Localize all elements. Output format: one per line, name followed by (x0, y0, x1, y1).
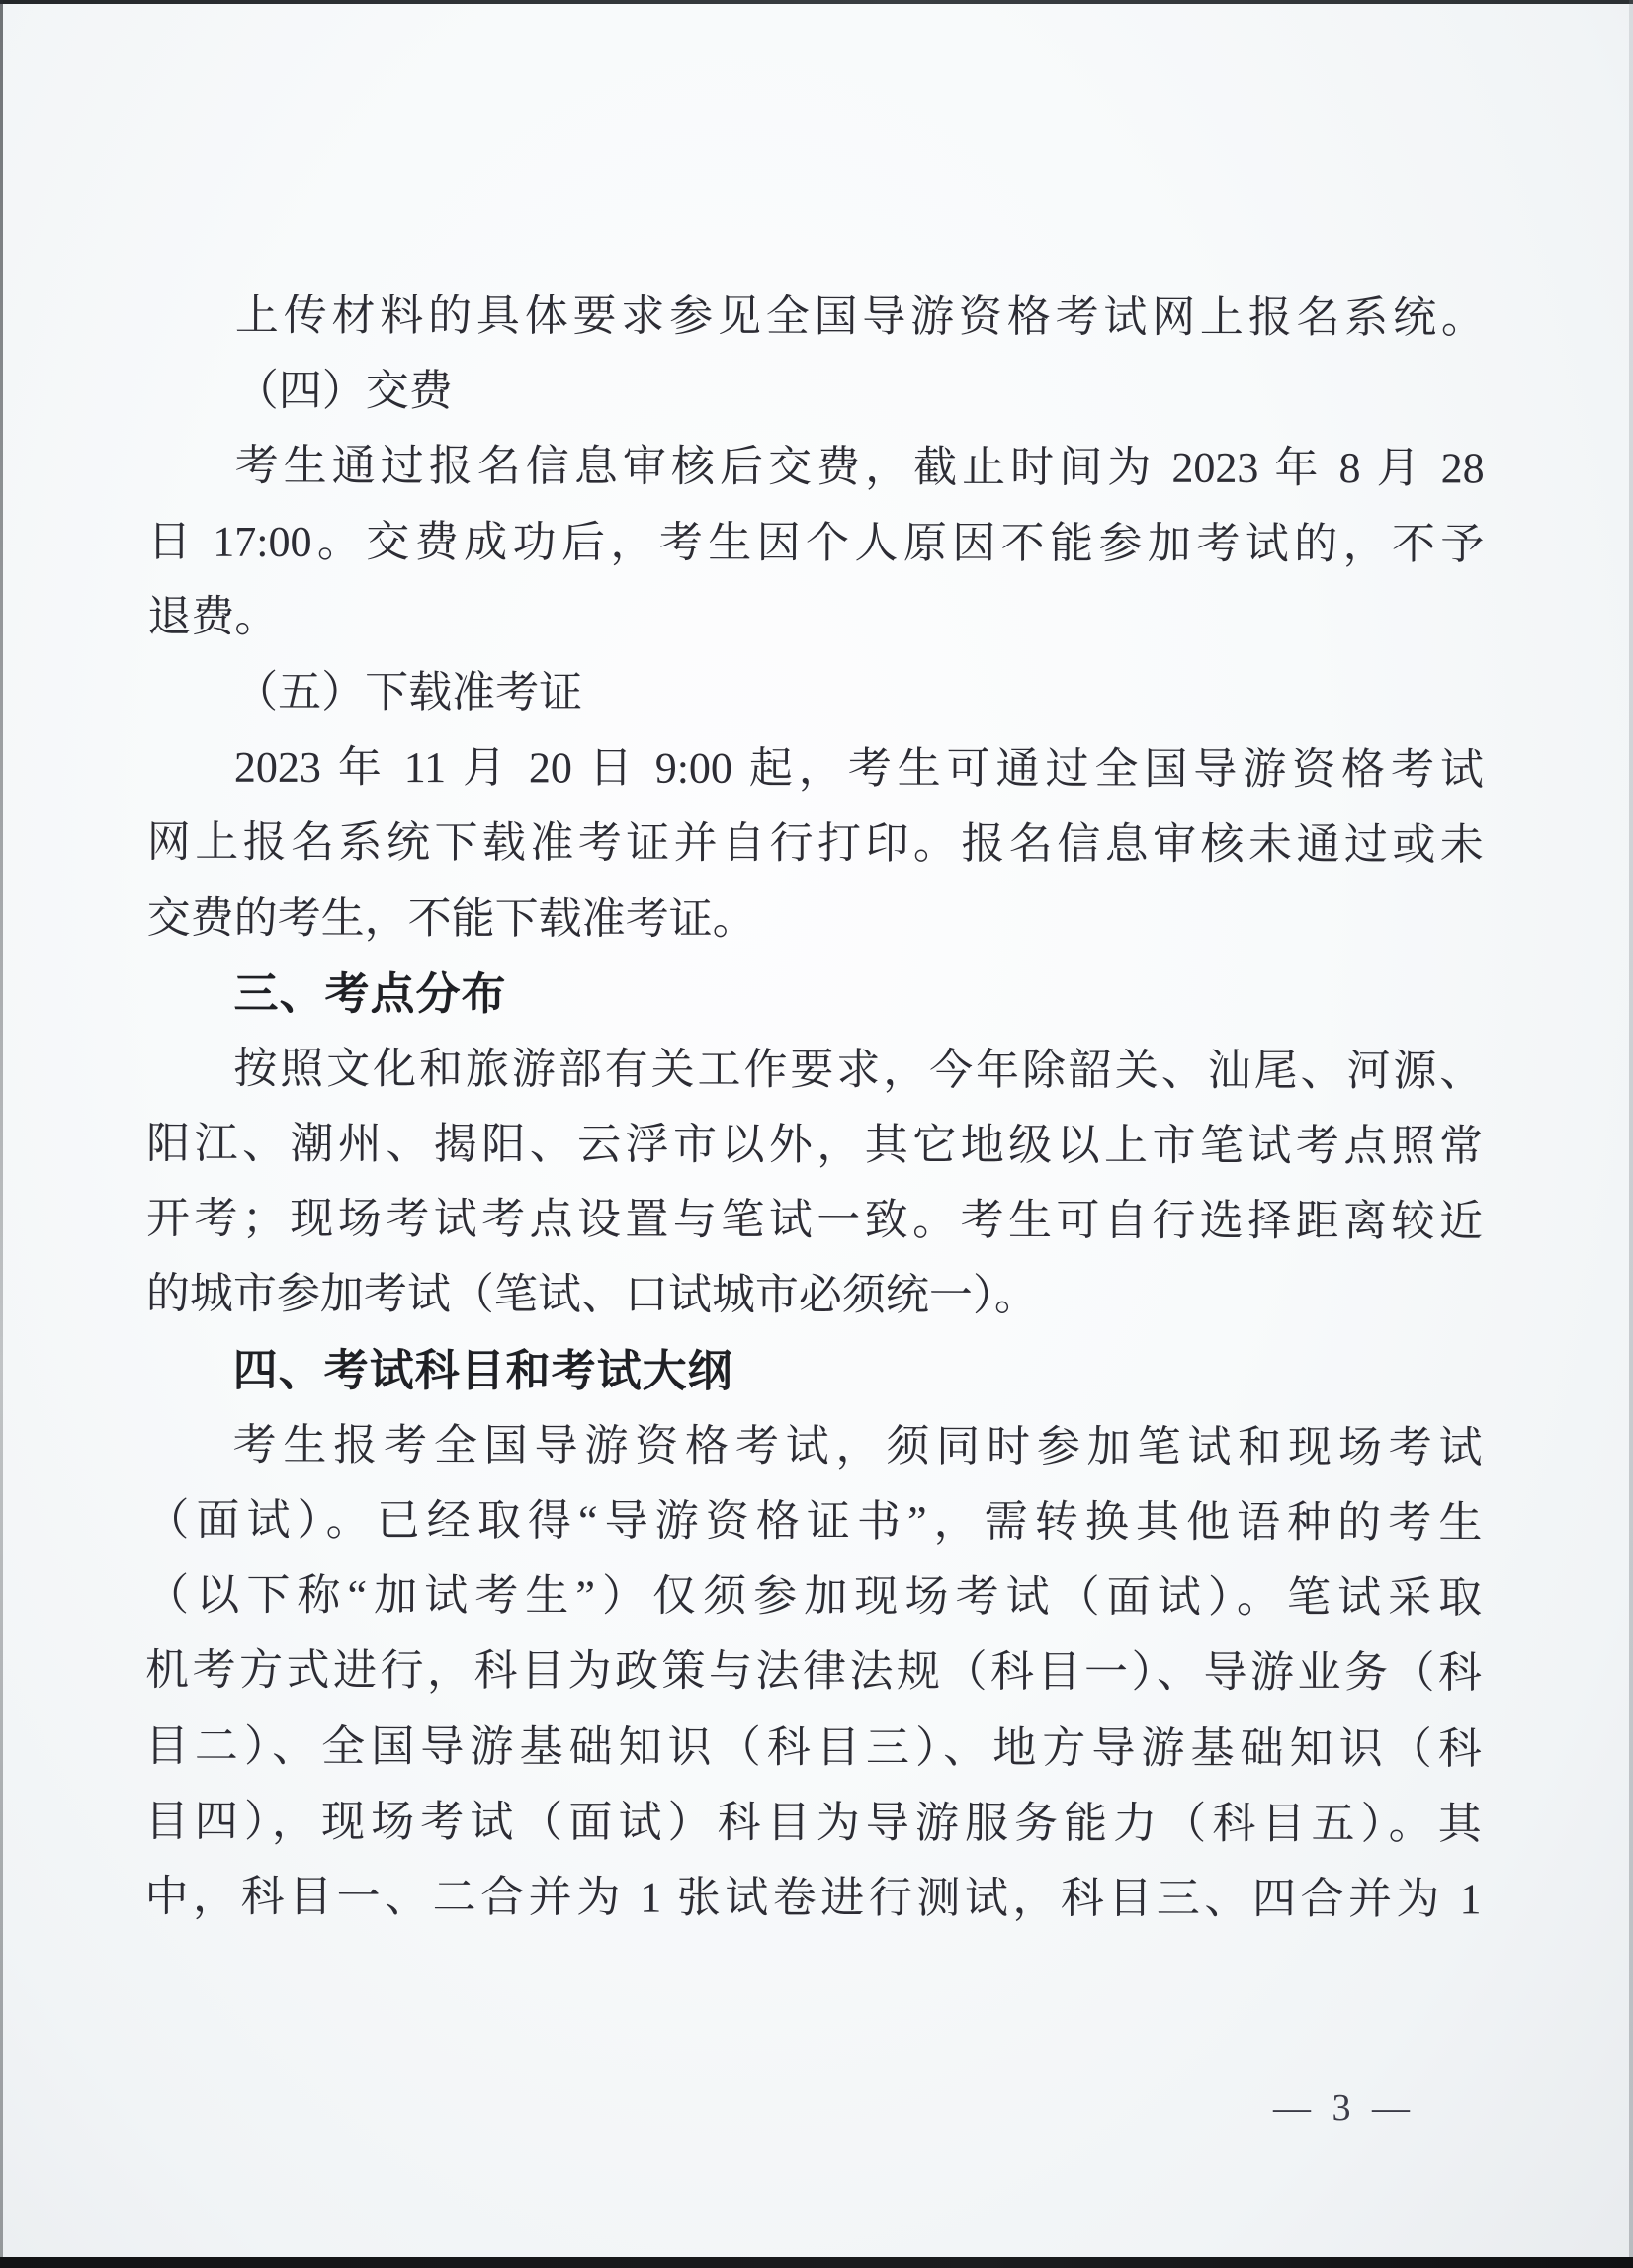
section-heading-4: 四、考试科目和考试大纲 (146, 1332, 1483, 1410)
text-line: 考生报考全国导游资格考试，须同时参加笔试和现场考试 (145, 1407, 1482, 1485)
text-line: 阳江、潮州、揭阳、云浮市以外，其它地级以上市笔试考点照常 (146, 1107, 1483, 1185)
sub-heading: （五）下载准考证 (147, 655, 1484, 733)
text-line: 目二）、全国导游基础知识（科目三）、地方导游基础知识（科 (145, 1709, 1482, 1787)
text-line: 交费的考生，不能下载准考证。 (147, 881, 1484, 959)
text-line: 上传材料的具体要求参见全国导游资格考试网上报名系统。 (148, 279, 1485, 357)
text-line: 中，科目一、二合并为 1 张试卷进行测试，科目三、四合并为 1 (144, 1860, 1481, 1938)
text-line: 考生通过报名信息审核后交费，截止时间为 2023 年 8 月 28 (148, 429, 1485, 507)
text-line: 目四），现场考试（面试）科目为导游服务能力（科目五）。其 (145, 1784, 1482, 1862)
scan-edge-bottom (0, 2257, 1633, 2268)
text-line: 日 17:00。交费成功后，考生因个人原因不能参加考试的，不予 (147, 504, 1484, 582)
text-line: （面试）。已经取得“导游资格证书”，需转换其他语种的考生 (145, 1483, 1482, 1561)
page-number: — 3 — (1273, 2083, 1416, 2133)
text-line: 2023 年 11 月 20 日 9:00 起，考生可通过全国导游资格考试 (147, 730, 1484, 808)
text-line: 退费。 (147, 579, 1484, 657)
scan-edge-left (0, 0, 3, 2268)
document-body: 上传材料的具体要求参见全国导游资格考试网上报名系统。 （四）交费 考生通过报名信… (144, 279, 1485, 1938)
text-line: 机考方式进行，科目为政策与法律法规（科目一）、导游业务（科 (145, 1634, 1482, 1712)
text-line: 的城市参加考试（笔试、口试城市必须统一）。 (146, 1257, 1483, 1335)
text-line: （以下称“加试考生”）仅须参加现场考试（面试）。笔试采取 (145, 1558, 1482, 1637)
section-heading-3: 三、考点分布 (146, 956, 1483, 1034)
sub-heading: （四）交费 (148, 354, 1485, 432)
text-line: 按照文化和旅游部有关工作要求，今年除韶关、汕尾、河源、 (146, 1031, 1483, 1109)
text-line: 网上报名系统下载准考证并自行打印。报名信息审核未通过或未 (147, 805, 1484, 883)
scan-edge-top (0, 0, 1633, 4)
scan-edge-right (1629, 0, 1633, 2268)
text-line: 开考；现场考试考点设置与笔试一致。考生可自行选择距离较近 (146, 1182, 1483, 1260)
